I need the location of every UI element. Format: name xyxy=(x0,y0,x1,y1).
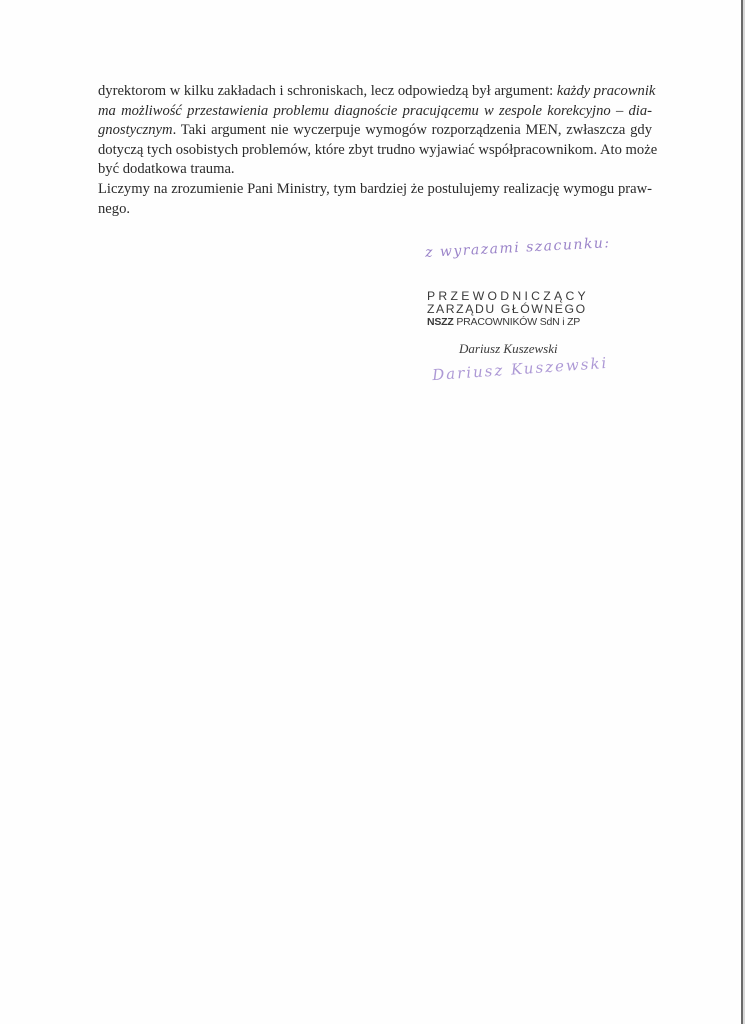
handwritten-closing: z wyrazami szacunku: xyxy=(425,235,611,261)
italic-text: ma możliwość przestawienia problemu diag… xyxy=(98,103,652,119)
text-line: Liczymy na zrozumienie Pani Ministry, ty… xyxy=(98,180,652,200)
signer-name: Dariusz Kuszewski xyxy=(459,341,558,357)
document-page: dyrektorom w kilku zakładach i schronisk… xyxy=(0,0,745,1024)
italic-text: gnostycznym xyxy=(98,122,173,138)
handwritten-signature: Dariusz Kuszewski xyxy=(432,354,609,384)
stamp-union-abbr: NSZZ xyxy=(427,316,454,328)
text-line: być dodatkowa trauma. xyxy=(98,160,652,180)
italic-text: każdy pracownik xyxy=(557,83,656,99)
letter-body: dyrektorom w kilku zakładach i schronisk… xyxy=(98,82,652,219)
signature-stamp: PRZEWODNICZĄCY ZARZĄDU GŁÓWNEGO NSZZ PRA… xyxy=(427,290,589,329)
text: nego. xyxy=(98,201,130,217)
text-line: dotyczą tych osobistych problemów, które… xyxy=(98,141,652,161)
text: . Taki argument nie wyczerpuje wymogów r… xyxy=(173,122,652,138)
stamp-board: ZARZĄDU GŁÓWNEGO xyxy=(427,303,589,316)
text-line: dyrektorom w kilku zakładach i schronisk… xyxy=(98,82,652,102)
text-line: nego. xyxy=(98,200,652,220)
text: dyrektorom w kilku zakładach i schronisk… xyxy=(98,83,557,99)
stamp-union: NSZZ PRACOWNIKÓW SdN i ZP xyxy=(427,316,589,329)
text-line: ma możliwość przestawienia problemu diag… xyxy=(98,102,652,122)
text: dotyczą tych osobistych problemów, które… xyxy=(98,142,657,158)
text: Liczymy na zrozumienie Pani Ministry, ty… xyxy=(98,181,652,197)
text-line: gnostycznym. Taki argument nie wyczerpuj… xyxy=(98,121,652,141)
text: być dodatkowa trauma. xyxy=(98,161,235,177)
stamp-union-name: PRACOWNIKÓW SdN i ZP xyxy=(454,316,580,328)
